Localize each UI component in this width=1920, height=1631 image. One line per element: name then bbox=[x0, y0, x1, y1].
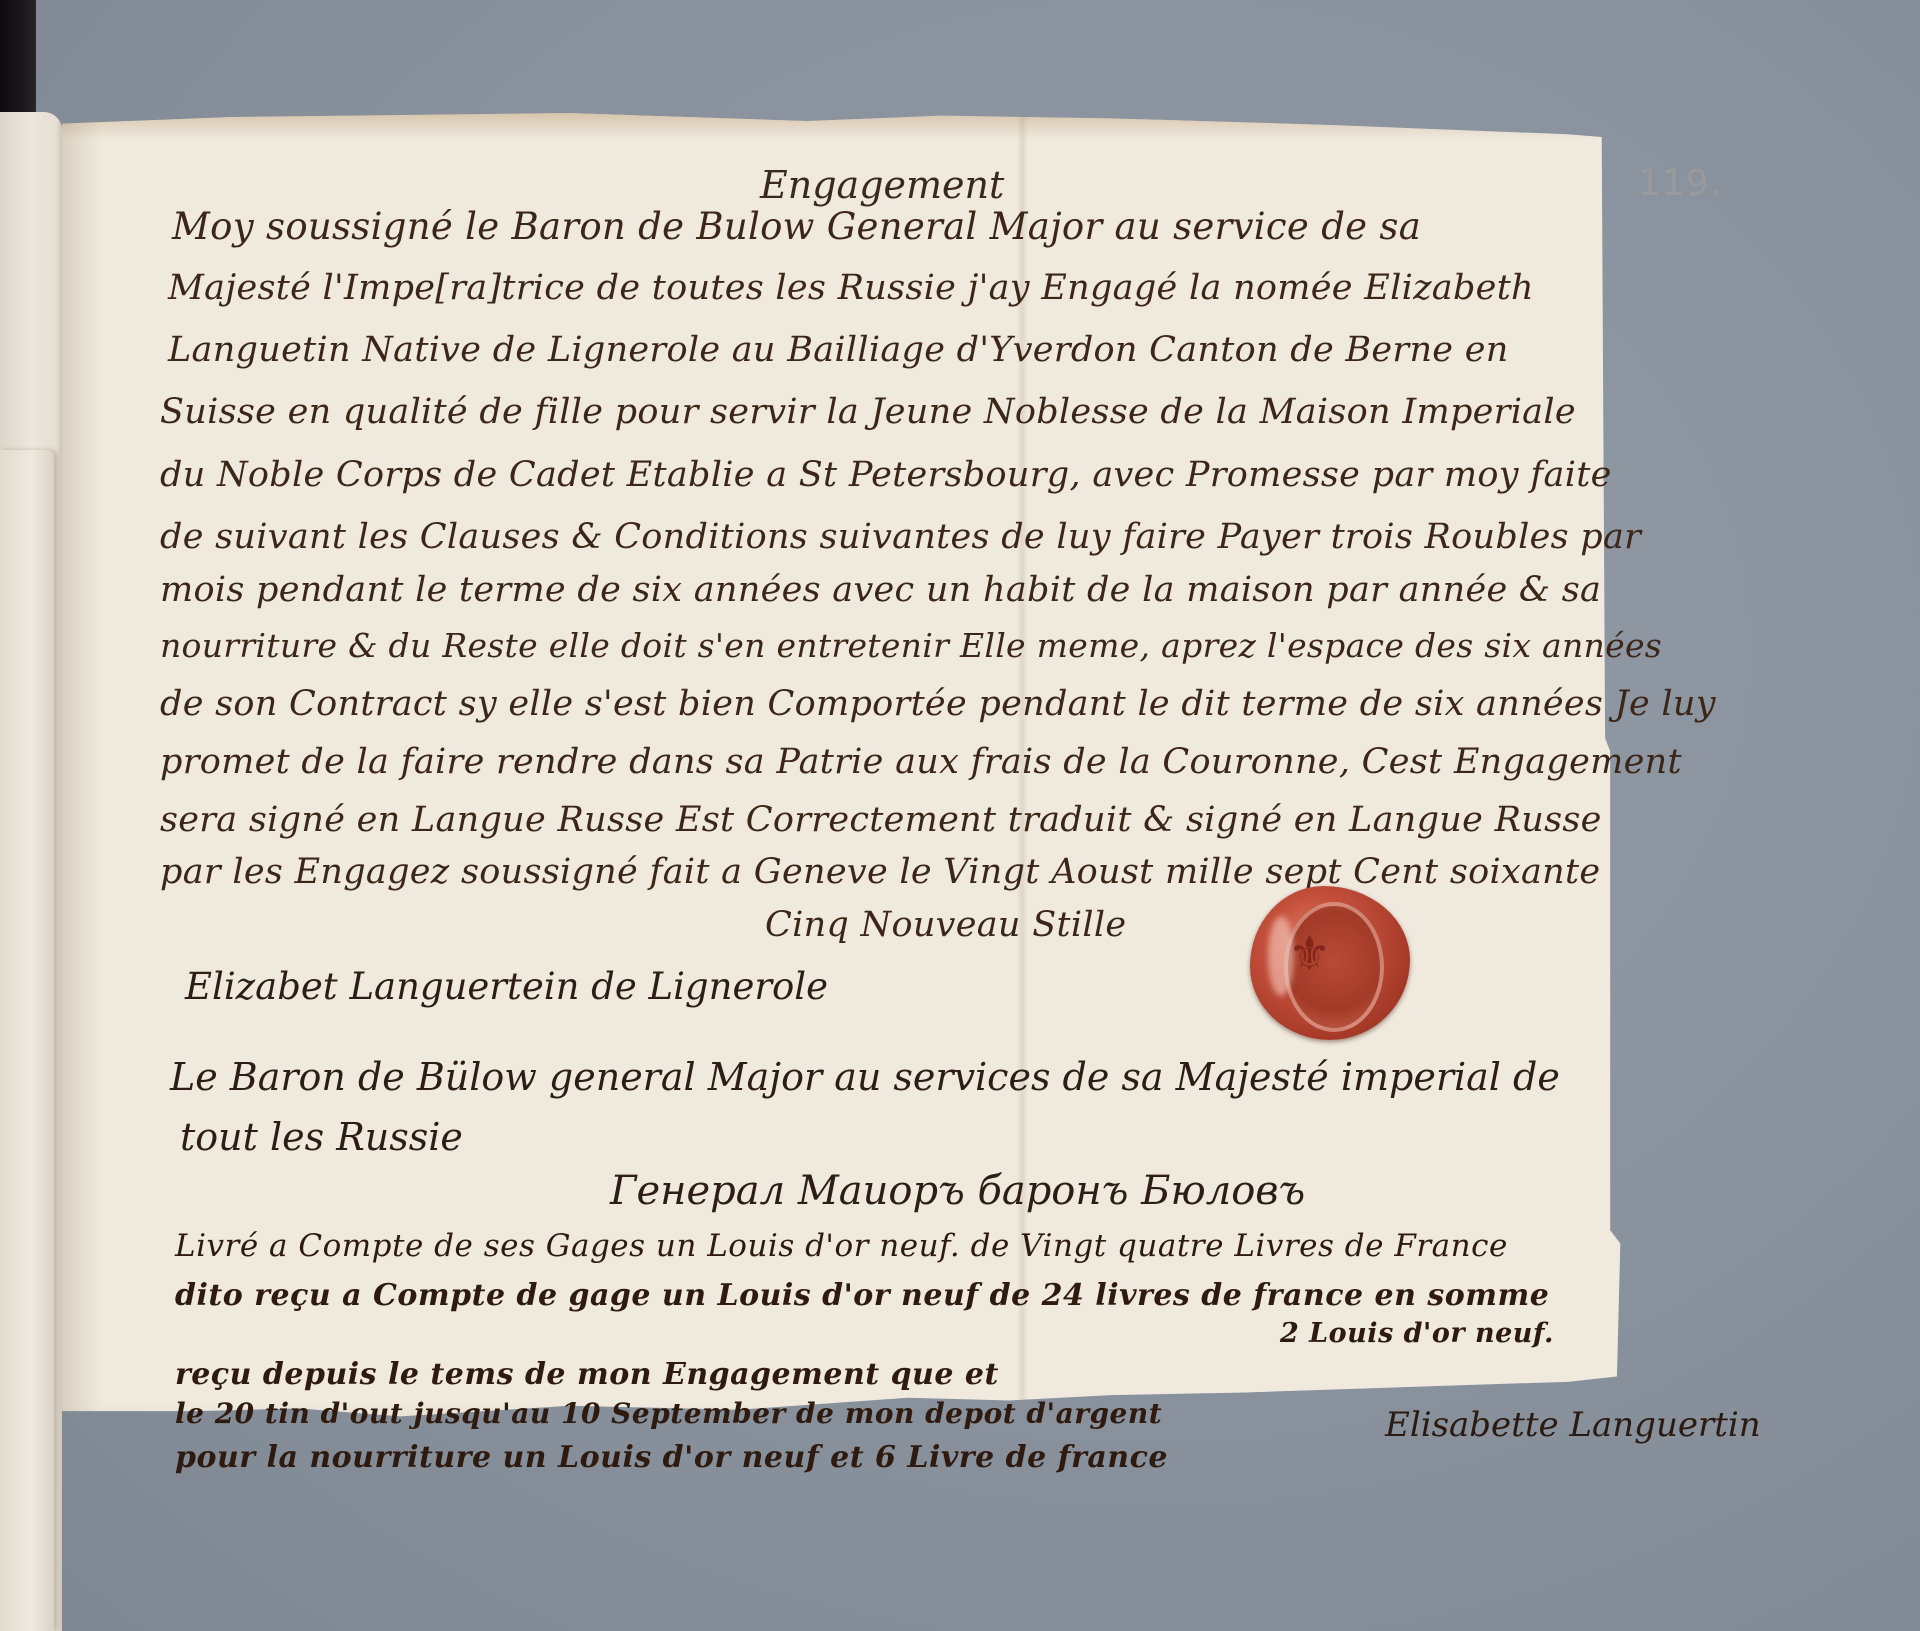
body-line: mois pendant le terme de six années avec… bbox=[160, 570, 1601, 610]
body-line: Majesté l'Impe[ra]trice de toutes les Ru… bbox=[168, 268, 1534, 308]
signature-receipt: Elisabette Languertin bbox=[1385, 1405, 1761, 1445]
body-line: Suisse en qualité de fille pour servir l… bbox=[160, 392, 1576, 432]
signature-baron-line: tout les Russie bbox=[180, 1115, 463, 1159]
body-line: du Noble Corps de Cadet Etablie a St Pet… bbox=[160, 455, 1612, 495]
body-line: par les Engagez soussigné fait a Geneve … bbox=[160, 852, 1600, 892]
signature-russian: Генерал Маиоръ баронъ Бюловъ bbox=[610, 1168, 1305, 1214]
receipt-line: reçu depuis le tems de mon Engagement qu… bbox=[175, 1357, 999, 1392]
body-line: de son Contract sy elle s'est bien Compo… bbox=[160, 684, 1716, 724]
receipt-line: Livré a Compte de ses Gages un Louis d'o… bbox=[175, 1228, 1508, 1264]
receipt-line: 2 Louis d'or neuf. bbox=[1280, 1318, 1554, 1349]
receipt-line: pour la nourriture un Louis d'or neuf et… bbox=[175, 1440, 1168, 1475]
body-line: Languetin Native de Lignerole au Baillia… bbox=[168, 330, 1509, 370]
receipt-line: le 20 tin d'out jusqu'au 10 September de… bbox=[175, 1397, 1162, 1430]
body-line: Moy soussigné le Baron de Bulow General … bbox=[172, 205, 1421, 248]
signature-baron-line: Le Baron de Bülow general Major au servi… bbox=[170, 1055, 1560, 1099]
document-title: Engagement bbox=[760, 163, 1004, 207]
receipt-line: dito reçu a Compte de gage un Louis d'or… bbox=[175, 1278, 1549, 1313]
body-line: promet de la faire rendre dans sa Patrie… bbox=[160, 742, 1682, 782]
body-line: Cinq Nouveau Stille bbox=[765, 905, 1126, 945]
seal-crest-icon: ⚜ bbox=[1288, 926, 1331, 982]
wax-seal: ⚜ bbox=[1250, 886, 1410, 1040]
signature-elizabeth: Elizabet Languertein de Lignerole bbox=[185, 965, 828, 1008]
body-line: nourriture & du Reste elle doit s'en ent… bbox=[160, 626, 1662, 665]
body-line: de suivant les Clauses & Conditions suiv… bbox=[160, 517, 1641, 557]
previous-leaf-fold bbox=[0, 450, 54, 1631]
folio-number: 119. bbox=[1638, 163, 1722, 204]
body-line: sera signé en Langue Russe Est Correctem… bbox=[160, 800, 1602, 840]
